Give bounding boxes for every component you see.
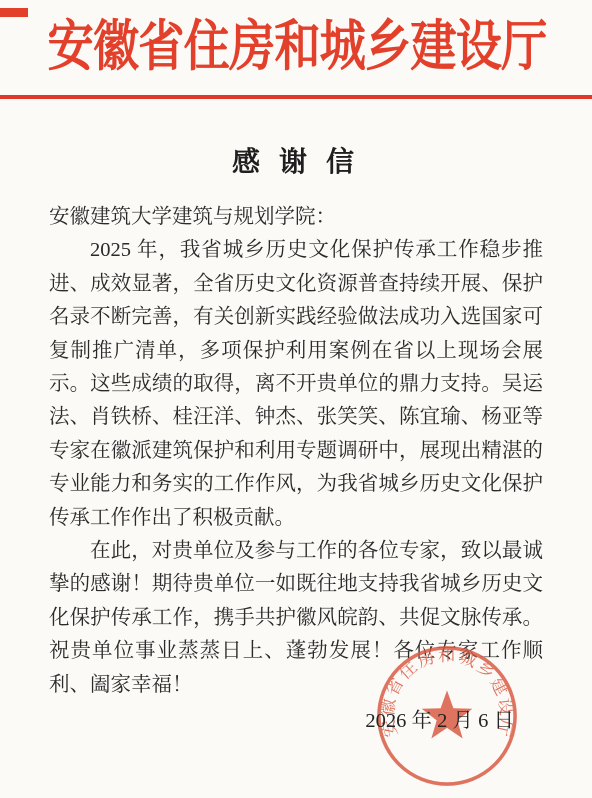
official-letter-page: 安徽省住房和城乡建设厅 感 谢 信 安徽建筑大学建筑与规划学院： 2025 年，… <box>0 0 592 798</box>
letterhead-text: 安徽省住房和城乡建设厅 <box>48 16 547 78</box>
salutation-line: 安徽建筑大学建筑与规划学院： <box>49 201 543 234</box>
letterhead-title: 安徽省住房和城乡建设厅 <box>0 16 592 78</box>
document-title: 感 谢 信 <box>0 140 592 180</box>
body-paragraph-1: 2025 年，我省城乡历史文化保护传承工作稳步推进、成效显著，全省历史文化资源普… <box>49 234 543 535</box>
date-line: 2026 年 2 月 6 日 <box>0 703 514 733</box>
letterhead-divider-rule <box>0 95 592 99</box>
letter-body: 安徽建筑大学建筑与规划学院： 2025 年，我省城乡历史文化保护传承工作稳步推进… <box>49 201 543 702</box>
